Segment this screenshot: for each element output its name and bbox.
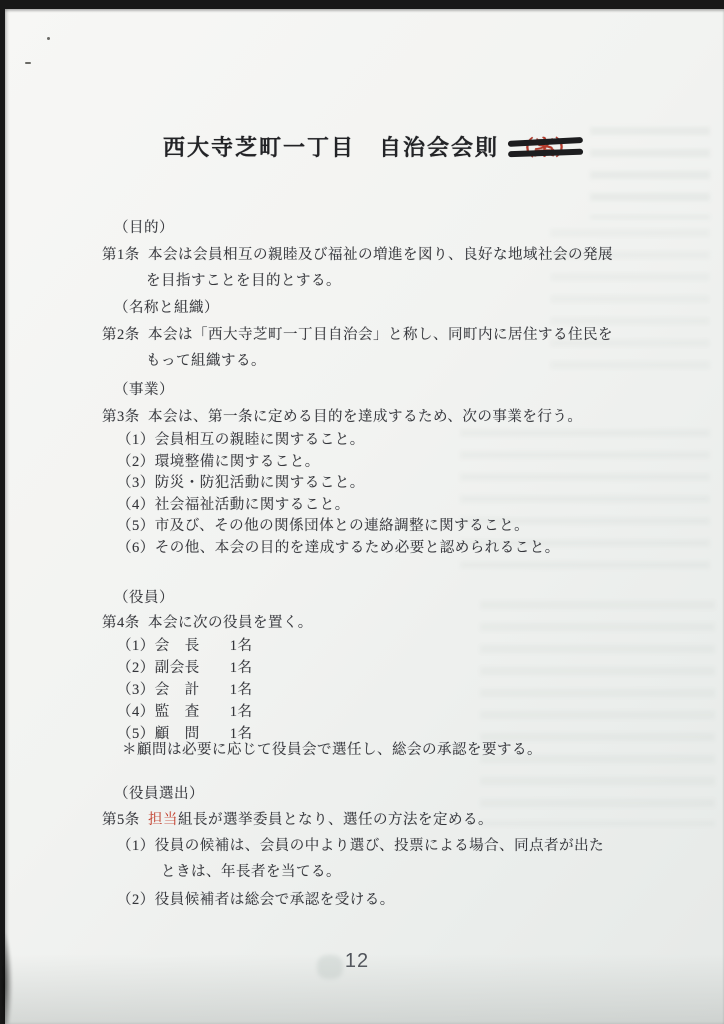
article-4-text: 本会に次の役員を置く。 <box>148 615 313 631</box>
page-number: 12 <box>327 950 387 973</box>
paper-sheet: 西大寺芝町一丁目 自治会会則（案） （目的） 第1条本会は会員相互の親睦及び福祉… <box>5 9 724 1024</box>
election-item-1-prefix: （1） <box>117 838 155 854</box>
business-item: （4）社会福祉活動に関すること。 <box>117 495 560 517</box>
officer-role: （2）副会長 1名 <box>117 657 253 679</box>
scan-speck <box>47 37 50 40</box>
bleed-through-ghost <box>480 601 715 826</box>
article-5: 第5条担当組長が選挙委員となり、選任の方法を定める。 <box>102 808 493 829</box>
article-5-label: 第5条 <box>102 808 148 829</box>
scan-speck <box>25 62 31 64</box>
officer-role: （4）監 査 1名 <box>117 701 253 723</box>
section-heading-business: （事業） <box>114 378 174 399</box>
article-3: 第3条本会は、第一条に定める目的を達成するため、次の事業を行う。 <box>102 405 582 426</box>
article-3-text: 本会は、第一条に定める目的を達成するため、次の事業を行う。 <box>148 409 582 425</box>
article-2-continuation: もって組織する。 <box>146 349 266 370</box>
scan-edge-smudge <box>3 929 13 1024</box>
officers-note: ＊顧問は必要に応じて役員会で選任し、総会の承認を要する。 <box>122 738 542 759</box>
draft-stamp-struck: （案） <box>513 131 577 162</box>
officer-role: （1）会 長 1名 <box>117 635 253 657</box>
article-4-label: 第4条 <box>102 611 148 632</box>
article-2-text: 本会は「西大寺芝町一丁目自治会」と称し、同町内に居住する住民を <box>148 327 613 343</box>
article-1: 第1条本会は会員相互の親睦及び福祉の増進を図り、良好な地域社会の発展 <box>102 243 613 264</box>
article-1-continuation: を目指すことを目的とする。 <box>146 269 341 290</box>
business-item-list: （1）会員相互の親睦に関すること。 （2）環境整備に関すること。 （3）防災・防… <box>117 430 560 559</box>
election-item-2: （2）役員候補者は総会で承認を受ける。 <box>117 888 395 909</box>
election-item-1-text: 役員の候補は、会員の中より選び、投票による場合、同点者が出た <box>155 838 604 854</box>
business-item: （6）その他、本会の目的を達成するため必要と認められること。 <box>117 538 560 560</box>
article-1-label: 第1条 <box>102 243 148 264</box>
section-heading-officers: （役員） <box>114 586 174 607</box>
article-5-red-word: 担当 <box>148 812 178 828</box>
bleed-through-ghost <box>590 127 710 219</box>
article-3-label: 第3条 <box>102 405 148 426</box>
business-item: （1）会員相互の親睦に関すること。 <box>117 430 560 452</box>
election-item-1-continuation: ときは、年長者を当てる。 <box>161 860 341 881</box>
officer-role: （3）会 計 1名 <box>117 679 253 701</box>
section-heading-name-org: （名称と組織） <box>114 296 219 317</box>
article-2-label: 第2条 <box>102 323 148 344</box>
article-4: 第4条本会に次の役員を置く。 <box>102 611 313 632</box>
business-item: （3）防災・防犯活動に関すること。 <box>117 473 560 495</box>
section-heading-election: （役員選出） <box>114 782 204 803</box>
scanned-document: { "page": { "title": "西大寺芝町一丁目 自治会会則", "… <box>0 0 724 1024</box>
article-5-text: 組長が選挙委員となり、選任の方法を定める。 <box>178 812 493 828</box>
title-text: 西大寺芝町一丁目 自治会会則 <box>163 135 499 160</box>
business-item: （5）市及び、その他の関係団体との連絡調整に関すること。 <box>117 516 560 538</box>
article-1-text: 本会は会員相互の親睦及び福祉の増進を図り、良好な地域社会の発展 <box>148 247 613 263</box>
section-heading-purpose: （目的） <box>114 216 174 237</box>
election-item-1: （1）役員の候補は、会員の中より選び、投票による場合、同点者が出た <box>117 834 604 855</box>
article-2: 第2条本会は「西大寺芝町一丁目自治会」と称し、同町内に居住する住民を <box>102 323 613 344</box>
document-title: 西大寺芝町一丁目 自治会会則（案） <box>163 131 576 162</box>
officer-role-list: （1）会 長 1名 （2）副会長 1名 （3）会 計 1名 （4）監 査 1名 … <box>117 635 253 745</box>
bleed-through-ghost <box>317 955 343 979</box>
business-item: （2）環境整備に関すること。 <box>117 452 560 474</box>
